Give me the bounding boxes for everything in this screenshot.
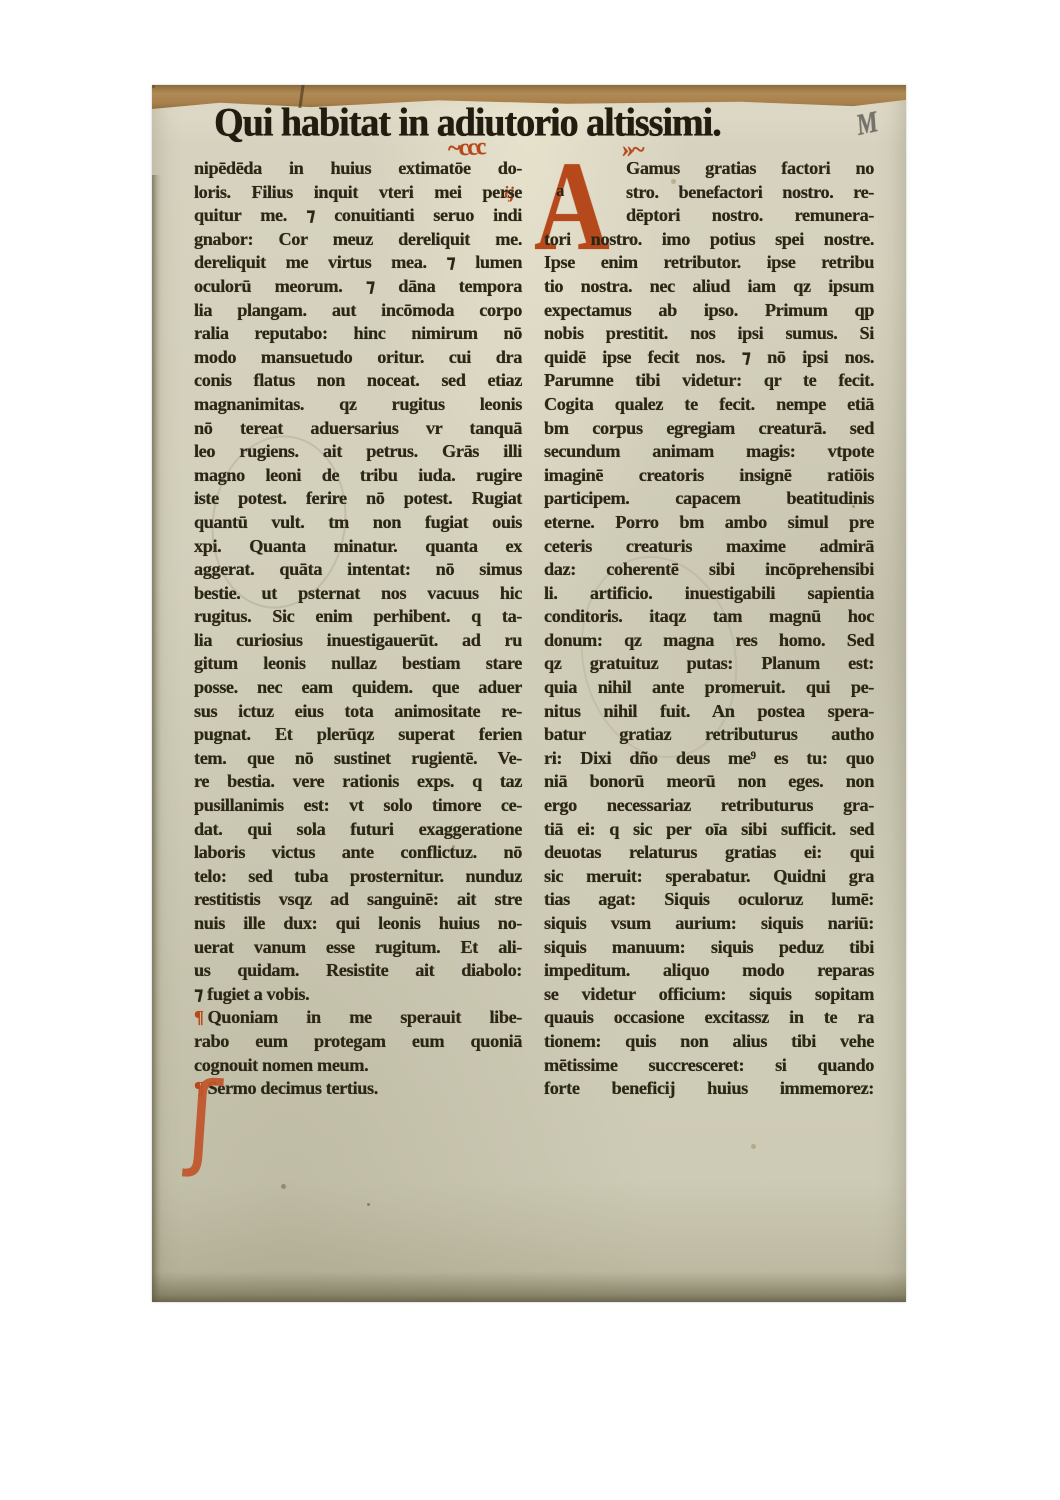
text-line: restitistis vsqz ad sanguinē: ait stre: [194, 888, 522, 912]
text-line: secundum animam magis: vtpote: [544, 440, 874, 464]
text-line: sic meruit: sperabatur. Quidni gra: [544, 865, 874, 889]
text-line: quidē ipse fecit nos. ⁊ nō ipsi nos.: [544, 346, 874, 370]
text-line: gnabor: Cor meuz dereliquit me.: [194, 228, 522, 252]
text-line: nuis ille dux: qui leonis huius no-: [194, 912, 522, 936]
foxing-spots: [152, 85, 155, 88]
text-line: lia curiosius inuestigauerūt. ad ru: [194, 629, 522, 653]
text-line: dereliquit me virtus mea. ⁊ lumen: [194, 251, 522, 275]
text-line: participem. capacem beatitudinis: [544, 487, 874, 511]
text-line: niā bonorū meorū non eges. non: [544, 770, 874, 794]
text-line: tiā ei: q sic per oīa sibi sufficit. sed: [544, 818, 874, 842]
text-line: telo: sed tuba prosternitur. nunduz: [194, 865, 522, 889]
text-line: laboris victus ante conflictuz. nō: [194, 841, 522, 865]
text-line: uerat vanum esse rugitum. Et ali-: [194, 936, 522, 960]
text-line: ceteris creaturis maxime admirā: [544, 535, 874, 559]
red-pilcrow-mark: ¶: [194, 1007, 207, 1027]
text-line: Gamus gratias factori no: [626, 157, 874, 181]
gutter-shadow: [152, 175, 161, 1302]
text-line: dēptori nostro. remunera-: [626, 204, 874, 228]
text-line: stro. benefactori nostro. re-: [626, 181, 874, 205]
text-column-left: nipēdēda in huius extimatōe do-loris. Fi…: [194, 157, 522, 1101]
text-line: rugitus. Sic enim perhibent. q ta-: [194, 605, 522, 629]
text-line: Cogita qualez te fecit. nempe etiā: [544, 393, 874, 417]
text-line: tias agat: Siquis oculoruz lumē:: [544, 888, 874, 912]
text-line: oculorū meorum. ⁊ dāna tempora: [194, 275, 522, 299]
text-line: lia plangam. aut incōmoda corpo: [194, 299, 522, 323]
text-line: quauis occasione excitassz in te ra: [544, 1006, 874, 1030]
text-line: pusillanimis est: vt solo timore ce-: [194, 794, 522, 818]
text-line: ¶Sermo decimus tertius.: [194, 1077, 522, 1101]
text-line: re bestia. vere rationis exps. q taz: [194, 770, 522, 794]
text-line: bm corpus egregiam creaturā. sed: [544, 417, 874, 441]
text-line: modo mansuetudo oritur. cui dra: [194, 346, 522, 370]
text-line: forte beneficij huius immemorez:: [544, 1077, 874, 1101]
text-line: magnanimitas. qz rugitus leonis: [194, 393, 522, 417]
text-line: Ipse enim retributor. ipse retribu: [544, 251, 874, 275]
text-line: cognouit nomen meum.: [194, 1054, 522, 1078]
text-line: imaginē creatoris insignē ratiōis: [544, 464, 874, 488]
text-line: siquis manuum: siquis peduz tibi: [544, 936, 874, 960]
text-line: ri: Dixi dño deus me⁹ es tu: quo: [544, 747, 874, 771]
text-line: conis flatus non noceat. sed etiaz: [194, 369, 522, 393]
text-line: tionem: quis non alius tibi vehe: [544, 1030, 874, 1054]
text-line: nobis prestitit. nos ipsi sumus. Si: [544, 322, 874, 346]
text-line: tori nostro. imo potius spei nostre.: [544, 228, 874, 252]
scanned-page: Qui habitat in adiutorio altissimi. M ~c…: [152, 85, 906, 1302]
text-line: ergo necessariaz retributurus gra-: [544, 794, 874, 818]
text-line: mētissime succresceret: si quando: [544, 1054, 874, 1078]
text-line: us quidam. Resistite ait diabolo:: [194, 959, 522, 983]
text-line: pugnat. Et plerūqz superat ferien: [194, 723, 522, 747]
text-line: eterne. Porro bm ambo simul pre: [544, 511, 874, 535]
text-line: se videtur officium: siquis sopitam: [544, 983, 874, 1007]
text-line: daz: coherentē sibi incōprehensibi: [544, 558, 874, 582]
text-line: siquis vsum aurium: siquis nariū:: [544, 912, 874, 936]
text-line: impeditum. aliquo modo reparas: [544, 959, 874, 983]
handwritten-folio-mark: M: [853, 105, 881, 143]
text-line: sus ictuz eius tota animositate re-: [194, 700, 522, 724]
text-line: ralia reputabo: hinc nimirum nō: [194, 322, 522, 346]
text-line: nō tereat aduersarius vr tanquā: [194, 417, 522, 441]
text-line: ⁊ fugiet a vobis.: [194, 983, 522, 1007]
text-line: loris. Filius inquit vteri mei perse: [194, 181, 522, 205]
text-line: Parumne tibi videtur: qr te fecit.: [544, 369, 874, 393]
text-line: ¶Quoniam in me sperauit libe-: [194, 1006, 522, 1030]
text-line: rabo eum protegam eum quoniā: [194, 1030, 522, 1054]
text-line: nipēdēda in huius extimatōe do-: [194, 157, 522, 181]
text-line: quitur me. ⁊ conuitianti seruo indi: [194, 204, 522, 228]
text-line: gitum leonis nullaz bestiam stare: [194, 652, 522, 676]
red-tail-flourish: ʃ: [184, 1069, 222, 1171]
text-line: dat. qui sola futuri exaggeratione: [194, 818, 522, 842]
text-line: expectamus ab ipso. Primum qp: [544, 299, 874, 323]
text-line: deuotas relaturus gratias ei: qui: [544, 841, 874, 865]
text-line: tem. que nō sustinet rugientē. Ve-: [194, 747, 522, 771]
text-line: posse. nec eam quidem. que aduer: [194, 676, 522, 700]
text-line: tio nostra. nec aliud iam qz ipsum: [544, 275, 874, 299]
